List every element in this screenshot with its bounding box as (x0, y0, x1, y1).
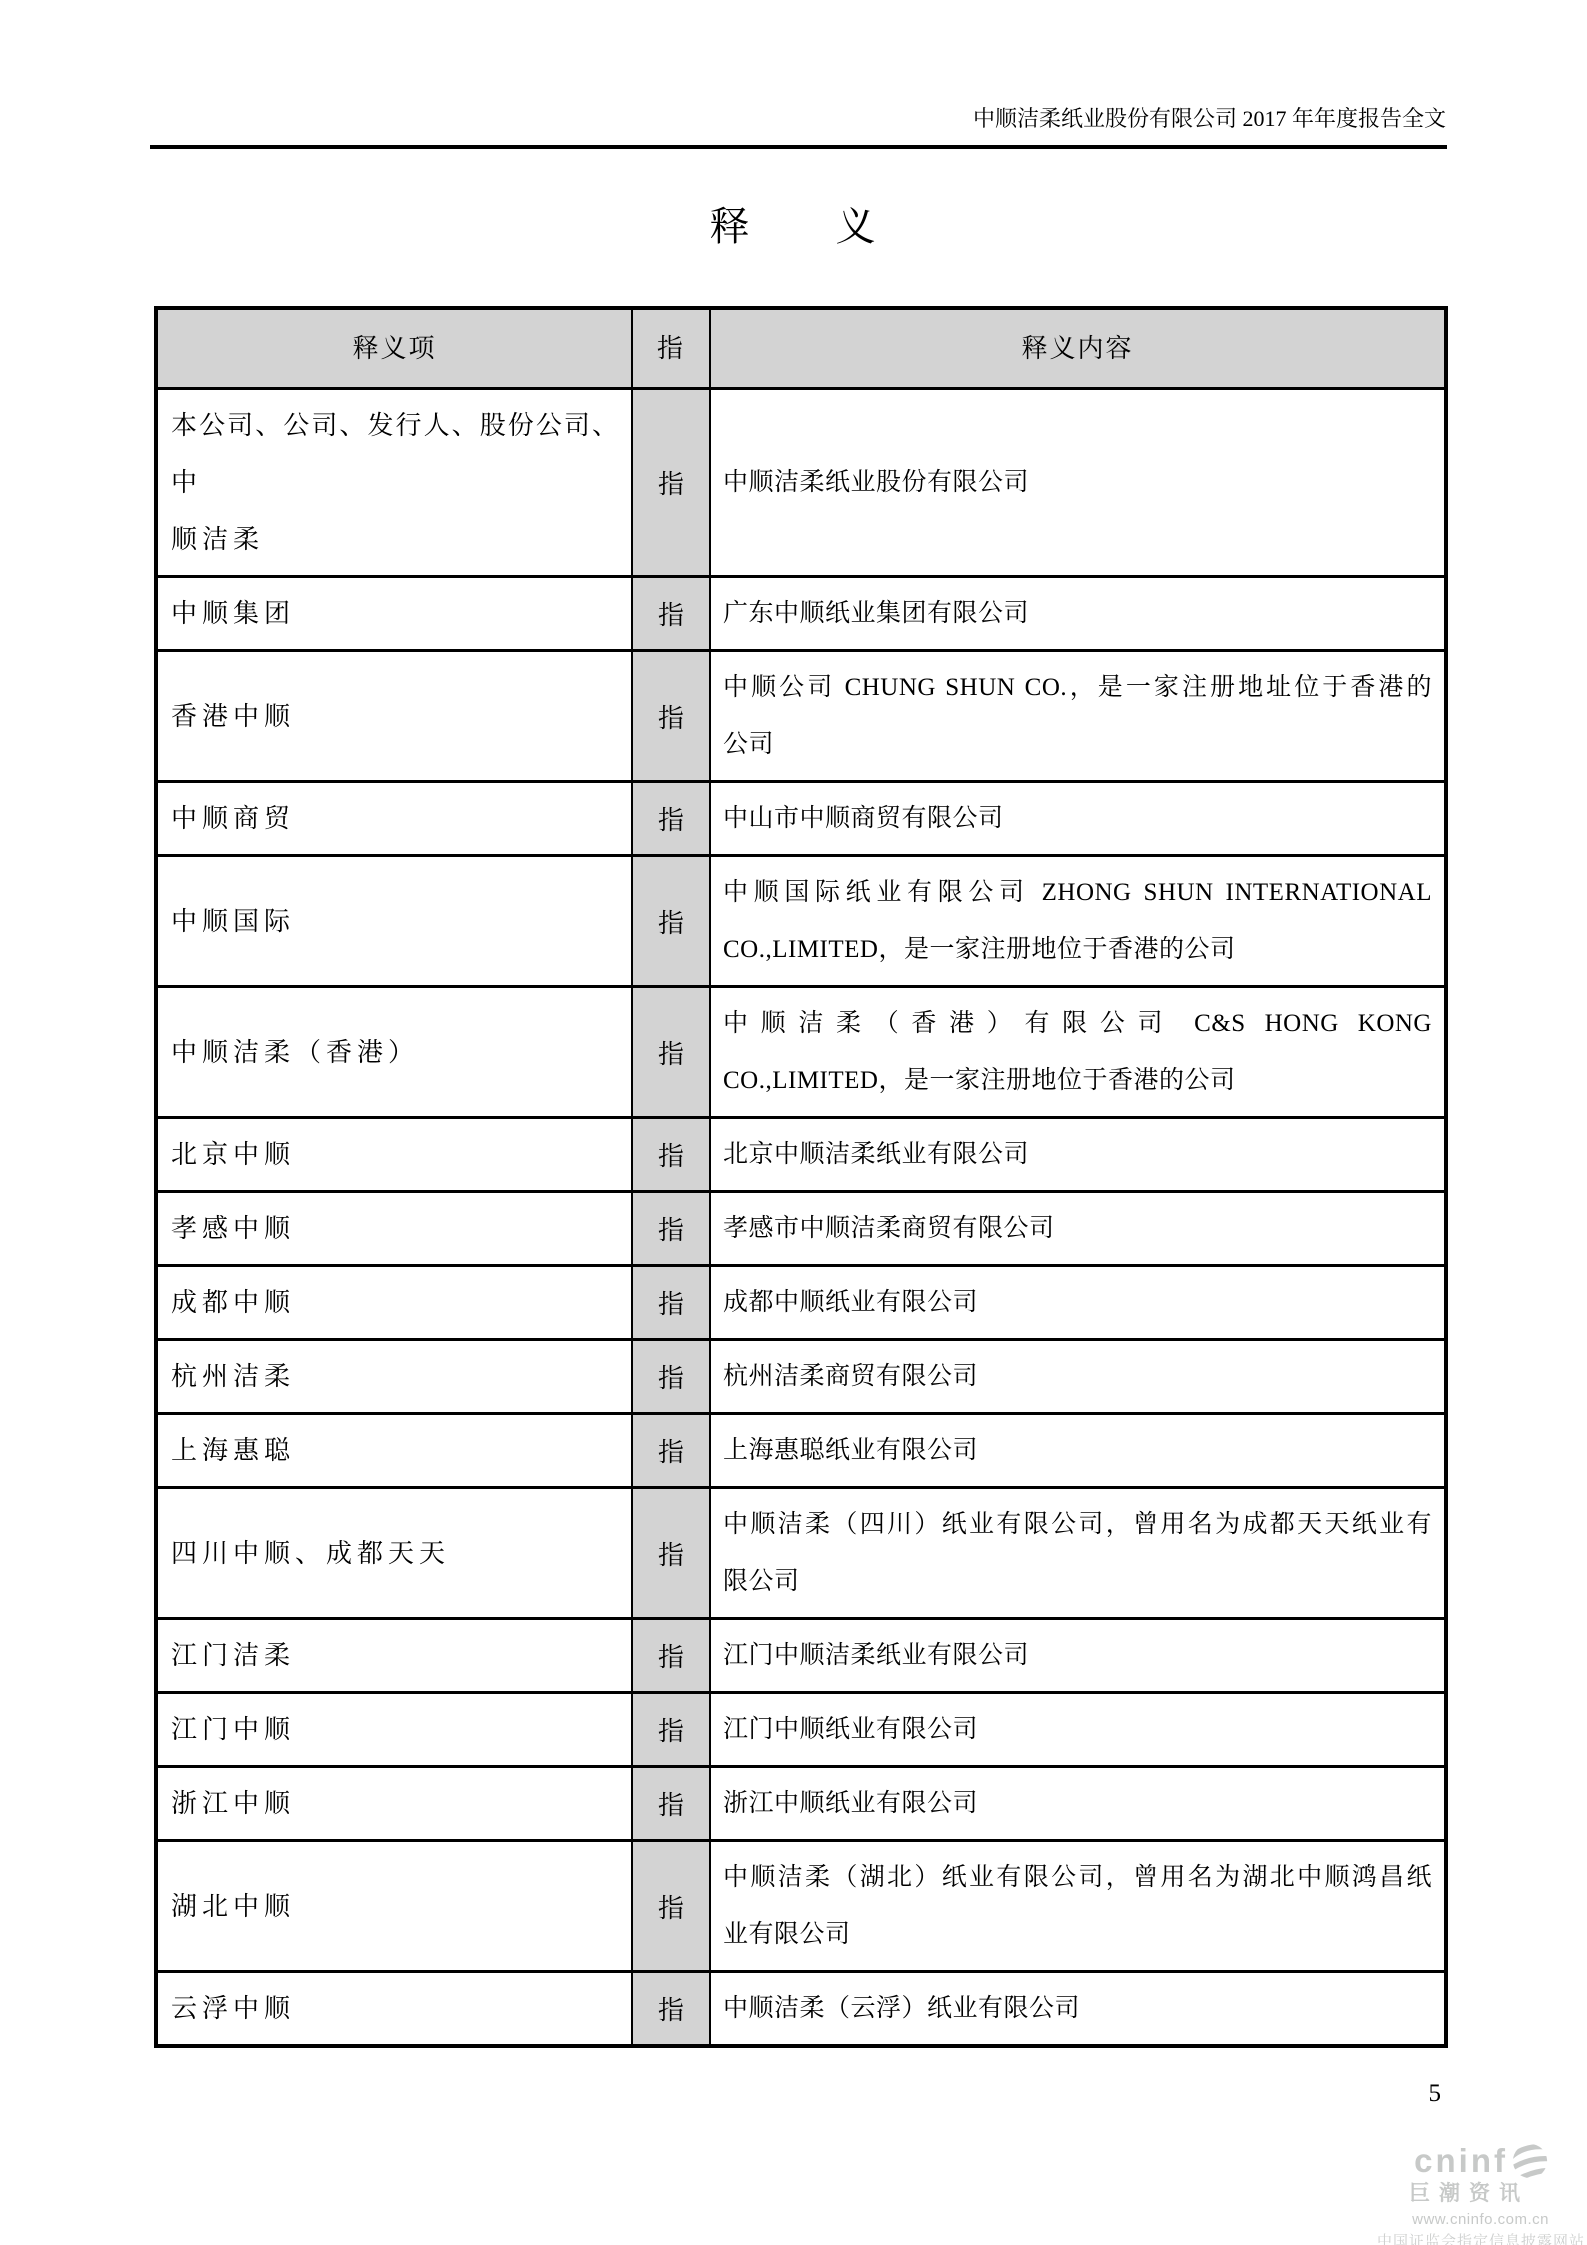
ref-cell: 指 (632, 1693, 710, 1767)
cell-text-line: CO.,LIMITED，是一家注册地位于香港的公司 (723, 1052, 1432, 1109)
cell-text-line: 中顺洁柔纸业股份有限公司 (723, 454, 1432, 511)
term-cell: 本公司、公司、发行人、股份公司、中顺洁柔 (156, 389, 632, 577)
ref-cell: 指 (632, 1619, 710, 1693)
cell-text-line: 中顺国际 (171, 893, 619, 950)
page-title: 释 义 (0, 203, 1587, 251)
cell-text-line: 孝感中顺 (171, 1200, 619, 1257)
content-cell: 北京中顺洁柔纸业有限公司 (710, 1118, 1446, 1192)
ref-cell: 指 (632, 1266, 710, 1340)
cell-text-line: CO.,LIMITED，是一家注册地位于香港的公司 (723, 921, 1432, 978)
content-cell: 杭州洁柔商贸有限公司 (710, 1340, 1446, 1414)
cell-text-line: 限公司 (723, 1553, 1432, 1610)
term-cell: 杭州洁柔 (156, 1340, 632, 1414)
term-cell: 中顺商贸 (156, 782, 632, 856)
content-cell: 中顺洁柔（香港）有限公司 C&S HONG KONGCO.,LIMITED，是一… (710, 987, 1446, 1118)
content-cell: 中山市中顺商贸有限公司 (710, 782, 1446, 856)
cell-text-line: 本公司、公司、发行人、股份公司、中 (171, 397, 619, 511)
ref-cell: 指 (632, 1488, 710, 1619)
ref-cell: 指 (632, 1340, 710, 1414)
cell-text-line: 成都中顺纸业有限公司 (723, 1274, 1432, 1331)
term-cell: 香港中顺 (156, 651, 632, 782)
ref-cell: 指 (632, 1118, 710, 1192)
cell-text-line: 中顺洁柔（云浮）纸业有限公司 (723, 1980, 1432, 2037)
cninfo-globe-icon (1511, 2142, 1549, 2180)
table-row: 湖北中顺 指 中顺洁柔（湖北）纸业有限公司，曾用名为湖北中顺鸿昌纸业有限公司 (156, 1841, 1446, 1972)
table-row: 孝感中顺 指 孝感市中顺洁柔商贸有限公司 (156, 1192, 1446, 1266)
cell-text-line: 中顺洁柔（四川）纸业有限公司，曾用名为成都天天纸业有 (723, 1496, 1432, 1553)
term-cell: 江门洁柔 (156, 1619, 632, 1693)
definitions-table: 释义项 指 释义内容 本公司、公司、发行人、股份公司、中顺洁柔 指 中顺洁柔纸业… (154, 306, 1448, 2048)
table-row: 香港中顺 指 中顺公司 CHUNG SHUN CO.，是一家注册地址位于香港的公… (156, 651, 1446, 782)
cninfo-logo-row: cninf (1377, 2142, 1549, 2180)
content-cell: 广东中顺纸业集团有限公司 (710, 577, 1446, 651)
cell-text-line: 中顺集团 (171, 585, 619, 642)
cell-text-line: 公司 (723, 716, 1432, 773)
cell-text-line: 江门中顺洁柔纸业有限公司 (723, 1627, 1432, 1684)
table-row: 浙江中顺 指 浙江中顺纸业有限公司 (156, 1767, 1446, 1841)
ref-cell: 指 (632, 389, 710, 577)
watermark-url: www.cninfo.com.cn (1377, 2211, 1549, 2228)
table-row: 江门洁柔 指 江门中顺洁柔纸业有限公司 (156, 1619, 1446, 1693)
term-cell: 上海惠聪 (156, 1414, 632, 1488)
term-cell: 浙江中顺 (156, 1767, 632, 1841)
watermark-brand-text: 巨潮资讯 (1377, 2182, 1529, 2206)
content-cell: 中顺公司 CHUNG SHUN CO.，是一家注册地址位于香港的公司 (710, 651, 1446, 782)
cell-text-line: 北京中顺 (171, 1126, 619, 1183)
cell-text-line: 上海惠聪纸业有限公司 (723, 1422, 1432, 1479)
ref-cell: 指 (632, 1972, 710, 2047)
ref-cell: 指 (632, 782, 710, 856)
table-row: 上海惠聪 指 上海惠聪纸业有限公司 (156, 1414, 1446, 1488)
cell-text-line: 浙江中顺 (171, 1775, 619, 1832)
term-cell: 北京中顺 (156, 1118, 632, 1192)
column-header-term: 释义项 (156, 308, 632, 389)
cell-text-line: 杭州洁柔 (171, 1348, 619, 1405)
term-cell: 成都中顺 (156, 1266, 632, 1340)
content-cell: 中顺洁柔（四川）纸业有限公司，曾用名为成都天天纸业有限公司 (710, 1488, 1446, 1619)
table-row: 四川中顺、成都天天 指 中顺洁柔（四川）纸业有限公司，曾用名为成都天天纸业有限公… (156, 1488, 1446, 1619)
table-header-row: 释义项 指 释义内容 (156, 308, 1446, 389)
content-cell: 江门中顺洁柔纸业有限公司 (710, 1619, 1446, 1693)
cell-text-line: 中顺洁柔（香港） (171, 1024, 619, 1081)
term-cell: 中顺集团 (156, 577, 632, 651)
content-cell: 江门中顺纸业有限公司 (710, 1693, 1446, 1767)
ref-cell: 指 (632, 1767, 710, 1841)
cell-text-line: 上海惠聪 (171, 1422, 619, 1479)
cell-text-line: 湖北中顺 (171, 1878, 619, 1935)
cell-text-line: 江门洁柔 (171, 1627, 619, 1684)
column-header-ref: 指 (632, 308, 710, 389)
content-cell: 上海惠聪纸业有限公司 (710, 1414, 1446, 1488)
content-cell: 中顺洁柔（湖北）纸业有限公司，曾用名为湖北中顺鸿昌纸业有限公司 (710, 1841, 1446, 1972)
cell-text-line: 中山市中顺商贸有限公司 (723, 790, 1432, 847)
term-cell: 中顺国际 (156, 856, 632, 987)
term-cell: 江门中顺 (156, 1693, 632, 1767)
report-header-text: 中顺洁柔纸业股份有限公司 2017 年年度报告全文 (0, 104, 1587, 134)
ref-cell: 指 (632, 651, 710, 782)
cell-text-line: 杭州洁柔商贸有限公司 (723, 1348, 1432, 1405)
ref-cell: 指 (632, 1414, 710, 1488)
cell-text-line: 四川中顺、成都天天 (171, 1525, 619, 1582)
cell-text-line: 业有限公司 (723, 1906, 1432, 1963)
cell-text-line: 中顺洁柔（湖北）纸业有限公司，曾用名为湖北中顺鸿昌纸 (723, 1849, 1432, 1906)
ref-cell: 指 (632, 987, 710, 1118)
table-row: 北京中顺 指 北京中顺洁柔纸业有限公司 (156, 1118, 1446, 1192)
term-cell: 湖北中顺 (156, 1841, 632, 1972)
content-cell: 浙江中顺纸业有限公司 (710, 1767, 1446, 1841)
cell-text-line: 江门中顺 (171, 1701, 619, 1758)
cell-text-line: 孝感市中顺洁柔商贸有限公司 (723, 1200, 1432, 1257)
cell-text-line: 香港中顺 (171, 688, 619, 745)
term-cell: 四川中顺、成都天天 (156, 1488, 632, 1619)
table-row: 本公司、公司、发行人、股份公司、中顺洁柔 指 中顺洁柔纸业股份有限公司 (156, 389, 1446, 577)
ref-cell: 指 (632, 1841, 710, 1972)
page-number: 5 (1429, 2080, 1442, 2108)
cninfo-logo-text: cninf (1414, 2142, 1508, 2180)
cell-text-line: 中顺商贸 (171, 790, 619, 847)
page-header: 中顺洁柔纸业股份有限公司 2017 年年度报告全文 (0, 0, 1587, 149)
table-row: 中顺洁柔（香港） 指 中顺洁柔（香港）有限公司 C&S HONG KONGCO.… (156, 987, 1446, 1118)
table-row: 中顺国际 指 中顺国际纸业有限公司 ZHONG SHUN INTERNATION… (156, 856, 1446, 987)
table-row: 成都中顺 指 成都中顺纸业有限公司 (156, 1266, 1446, 1340)
term-cell: 云浮中顺 (156, 1972, 632, 2047)
table-row: 杭州洁柔 指 杭州洁柔商贸有限公司 (156, 1340, 1446, 1414)
content-cell: 成都中顺纸业有限公司 (710, 1266, 1446, 1340)
table-row: 江门中顺 指 江门中顺纸业有限公司 (156, 1693, 1446, 1767)
cell-text-line: 中顺国际纸业有限公司 ZHONG SHUN INTERNATIONAL (723, 864, 1432, 921)
term-cell: 中顺洁柔（香港） (156, 987, 632, 1118)
content-cell: 孝感市中顺洁柔商贸有限公司 (710, 1192, 1446, 1266)
content-cell: 中顺洁柔（云浮）纸业有限公司 (710, 1972, 1446, 2047)
cell-text-line: 云浮中顺 (171, 1980, 619, 2037)
cell-text-line: 广东中顺纸业集团有限公司 (723, 585, 1432, 642)
cninfo-watermark: cninf 巨潮资讯 www.cninfo.com.cn 中国证监会指定信息披露… (1377, 2142, 1549, 2245)
cell-text-line: 顺洁柔 (171, 511, 619, 568)
table-row: 中顺商贸 指 中山市中顺商贸有限公司 (156, 782, 1446, 856)
cell-text-line: 北京中顺洁柔纸业有限公司 (723, 1126, 1432, 1183)
ref-cell: 指 (632, 856, 710, 987)
ref-cell: 指 (632, 577, 710, 651)
cell-text-line: 浙江中顺纸业有限公司 (723, 1775, 1432, 1832)
column-header-content: 释义内容 (710, 308, 1446, 389)
term-cell: 孝感中顺 (156, 1192, 632, 1266)
ref-cell: 指 (632, 1192, 710, 1266)
content-cell: 中顺国际纸业有限公司 ZHONG SHUN INTERNATIONALCO.,L… (710, 856, 1446, 987)
cell-text-line: 成都中顺 (171, 1274, 619, 1331)
cell-text-line: 中顺洁柔（香港）有限公司 C&S HONG KONG (723, 995, 1432, 1052)
cell-text-line: 江门中顺纸业有限公司 (723, 1701, 1432, 1758)
watermark-tagline: 中国证监会指定信息披露网站 (1377, 2233, 1585, 2245)
header-divider-rule (150, 145, 1447, 149)
cell-text-line: 中顺公司 CHUNG SHUN CO.，是一家注册地址位于香港的 (723, 659, 1432, 716)
content-cell: 中顺洁柔纸业股份有限公司 (710, 389, 1446, 577)
table-row: 云浮中顺 指 中顺洁柔（云浮）纸业有限公司 (156, 1972, 1446, 2047)
table-row: 中顺集团 指 广东中顺纸业集团有限公司 (156, 577, 1446, 651)
